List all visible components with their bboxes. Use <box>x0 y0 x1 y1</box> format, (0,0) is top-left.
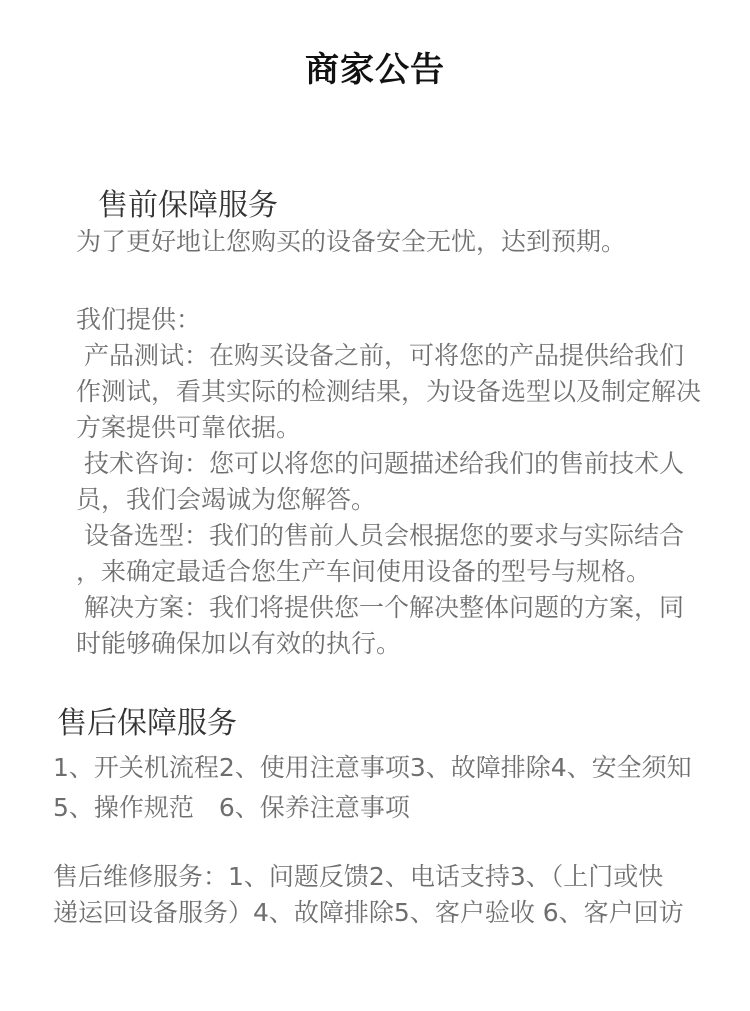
announcement-page: 商家公告 售前保障服务 为了更好地让您购买的设备安全无忧，达到预期。 我们提供：… <box>0 0 750 1011</box>
presale-intro-line: 为了更好地让您购买的设备安全无忧，达到预期。 <box>76 224 742 260</box>
presale-blank-line <box>76 260 742 302</box>
presale-body: 为了更好地让您购买的设备安全无忧，达到预期。 我们提供： 产品测试：在购买设备之… <box>76 224 742 662</box>
presale-body-line: 技术咨询：您可以将您的问题描述给我们的售前技术人 <box>76 446 742 482</box>
presale-body-line: 作测试，看其实际的检测结果，为设备选型以及制定解决 <box>76 374 742 410</box>
page-title: 商家公告 <box>0 50 750 90</box>
presale-section-heading: 售前保障服务 <box>98 188 278 224</box>
presale-body-line: 员，我们会竭诚为您解答。 <box>76 482 742 518</box>
presale-body-line: ，来确定最适合您生产车间使用设备的型号与规格。 <box>76 554 742 590</box>
presale-body-line: 设备选型：我们的售前人员会根据您的要求与实际结合 <box>76 518 742 554</box>
aftersale-section-heading: 售后保障服务 <box>57 706 237 742</box>
presale-body-line: 方案提供可靠依据。 <box>76 410 742 446</box>
repair-service-line: 售后维修服务：1、问题反馈2、电话支持3、（上门或快 <box>53 859 743 895</box>
presale-body-line: 解决方案：我们将提供您一个解决整体问题的方案，同 <box>76 590 742 626</box>
presale-body-line: 时能够确保加以有效的执行。 <box>76 626 742 662</box>
repair-service-line: 递运回设备服务）4、故障排除5、客户验收 6、客户回访 <box>53 895 743 931</box>
presale-provide-label: 我们提供： <box>76 302 742 338</box>
presale-body-line: 产品测试：在购买设备之前，可将您的产品提供给我们 <box>76 338 742 374</box>
aftersale-service-line: 1、开关机流程2、使用注意事项3、故障排除4、安全须知 <box>53 748 733 788</box>
aftersale-service-line: 5、操作规范 6、保养注意事项 <box>53 788 733 828</box>
repair-service-paragraph: 售后维修服务：1、问题反馈2、电话支持3、（上门或快 递运回设备服务）4、故障排… <box>53 859 743 931</box>
aftersale-service-list: 1、开关机流程2、使用注意事项3、故障排除4、安全须知 5、操作规范 6、保养注… <box>53 748 733 828</box>
